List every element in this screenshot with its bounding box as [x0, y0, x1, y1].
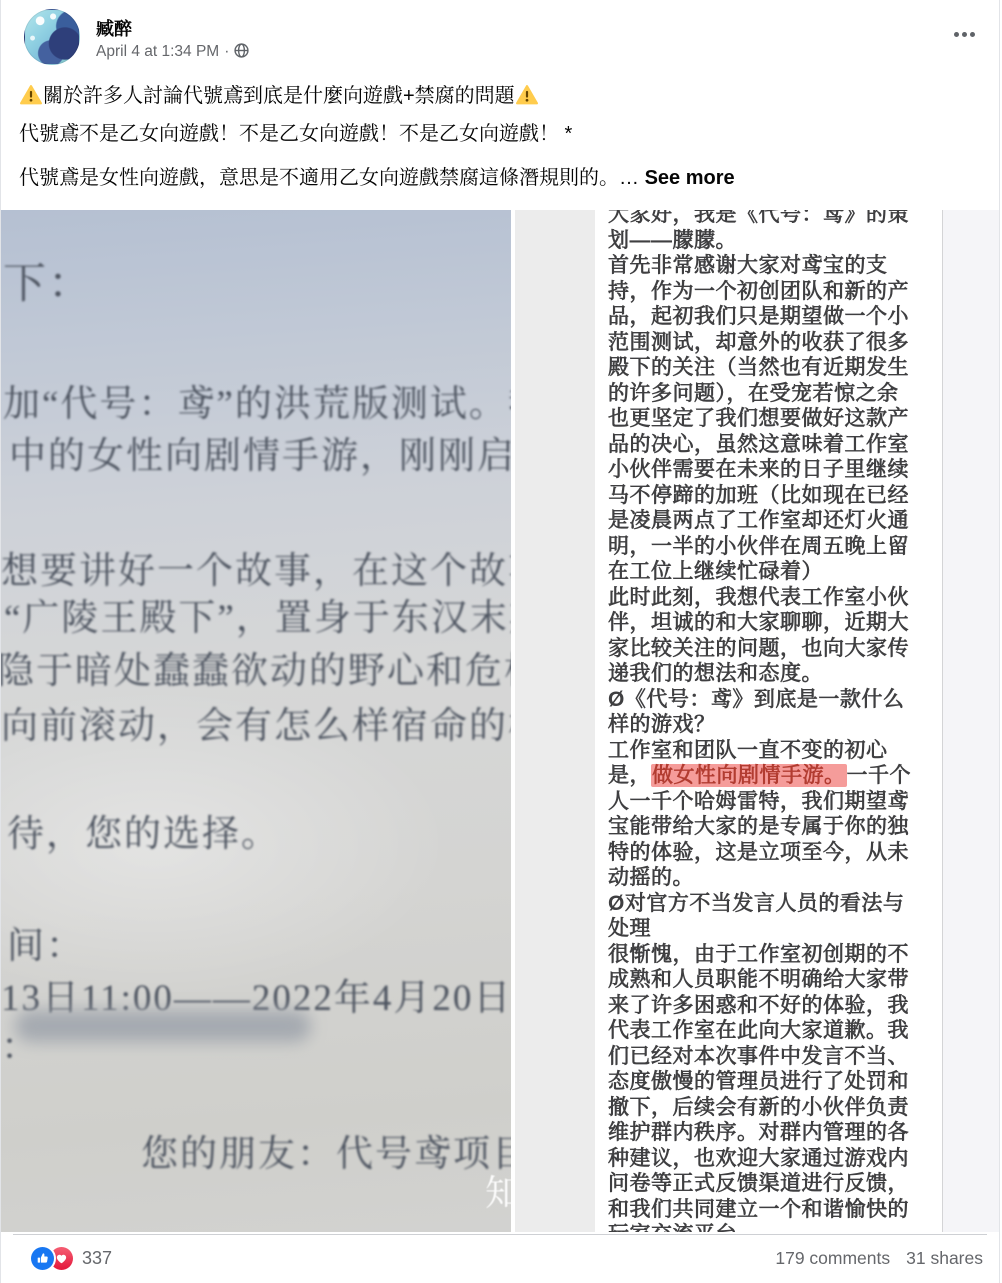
post-line2: 代號鳶不是乙女向遊戲！不是乙女向遊戲！不是乙女向遊戲！ * [19, 120, 981, 148]
meta-separator: · [224, 43, 229, 61]
photo-text-line: 家比较关注的问题，也向大家传 [608, 636, 940, 662]
photo-text-line: 们已经对本次事件中发言不当、 [608, 1044, 940, 1070]
warning-icon [19, 85, 43, 107]
photo-text-line: 态度傲慢的管理员进行了处罚和 [608, 1069, 940, 1095]
globe-privacy-icon [234, 43, 249, 63]
photo-text-line: Ø对官方不当发言人员的看法与 [608, 891, 940, 917]
post-meta: April 4 at 1:34 PM · [96, 41, 249, 63]
photo-text-line: 的许多问题），在受宠若惊之余 [608, 381, 940, 407]
footer-stats: 179 comments 31 shares [775, 1248, 983, 1269]
photo-text-line: 成熟和人员职能不明确给大家带 [608, 967, 940, 993]
photo-text-line: 伴，坦诚的和大家聊聊，近期大 [608, 610, 940, 636]
photo-text-line: 大家好，我是《代号：鸢》的策 [608, 210, 940, 228]
photo-text-line: 宝能带给大家的是专属于你的独 [608, 814, 940, 840]
shares-count[interactable]: 31 shares [906, 1248, 983, 1269]
photo-text-line: 首先非常感谢大家对鸢宝的支 [608, 253, 940, 279]
photo-text-line: 特的体验，这是立项至今，从未 [608, 840, 940, 866]
right-image-text-layer: 大家好，我是《代号：鸢》的策划——朦朦。首先非常感谢大家对鸢宝的支持，作为一个初… [608, 210, 940, 1232]
post-images: 下：加“代号：鸢”的洪荒版测试。我中的女性向剧情手游，刚刚启程想要讲好一个故事，… [1, 210, 999, 1232]
photo-text-line: 在工位上继续忙碌着） [608, 559, 940, 585]
photo-text-line: 品的决心，虽然这意味着工作室 [608, 432, 940, 458]
photo-text-line: “广陵王殿下”，置身于东汉末期 [4, 587, 511, 641]
photo-text-line: 向前滚动，会有怎么样宿命的相 [1, 695, 511, 749]
photo-text-line: 也更坚定了我们想要做好这款产 [608, 406, 940, 432]
photo-text-line: 品，起初我们只是期望做一个小 [608, 304, 940, 330]
photo-text-line: 持，作为一个初创团队和新的产 [608, 279, 940, 305]
right-image-margin [943, 210, 999, 1232]
photo-text-line: 待，您的选择。 [7, 803, 280, 857]
photo-text-line: 明，一半的小伙伴在周五晚上留 [608, 534, 940, 560]
photo-text-line: 加“代号：鸢”的洪荒版测试。我 [3, 373, 511, 427]
user-name[interactable]: 臧醉 [96, 15, 132, 41]
attached-image-left[interactable]: 下：加“代号：鸢”的洪荒版测试。我中的女性向剧情手游，刚刚启程想要讲好一个故事，… [1, 210, 511, 1232]
reaction-count[interactable]: 337 [82, 1248, 112, 1269]
comments-count[interactable]: 179 comments [775, 1248, 890, 1269]
photo-text-line: 玩家交流平台 [608, 1222, 940, 1232]
avatar[interactable] [24, 9, 80, 65]
photo-text-line: 撤下，后续会有新的小伙伴负责 [608, 1095, 940, 1121]
photo-text-line: 处理 [608, 916, 940, 942]
photo-text-line: 此时此刻，我想代表工作室小伙 [608, 585, 940, 611]
right-image-panel: 大家好，我是《代号：鸢》的策划——朦朦。首先非常感谢大家对鸢宝的支持，作为一个初… [595, 210, 942, 1232]
post-title-line: 關於許多人討論代號鳶到底是什麼向遊戲+禁腐的問題 [19, 74, 981, 110]
photo-text-line: 问卷等正式反馈渠道进行反馈， [608, 1171, 940, 1197]
photo-text-line: 递我们的想法和态度。 [608, 661, 940, 687]
facebook-post-card: 臧醉 April 4 at 1:34 PM · 關於許多人討論代號鳶到底是什麼向… [0, 0, 1000, 1283]
ellipsis: … [619, 167, 645, 189]
photo-text-line: 样的游戏？ [608, 712, 940, 738]
post-footer: 337 179 comments 31 shares [1, 1235, 999, 1281]
censored-blur-bar [15, 1010, 311, 1042]
photo-text-line: 隐于暗处蠢蠢欲动的野心和危机 [1, 640, 511, 694]
photo-text-line: 下： [3, 250, 93, 311]
photo-text-line: 人一千个哈姆雷特，我们期望鸢 [608, 789, 940, 815]
photo-text-line: 代表工作室在此向大家道歉。我 [608, 1018, 940, 1044]
post-options-button[interactable] [946, 24, 983, 45]
watermark-text: 知 [485, 1165, 511, 1216]
see-more-link[interactable]: See more [645, 167, 735, 189]
highlighted-phrase: 做女性向剧情手游。 [651, 764, 847, 787]
timestamp[interactable]: April 4 at 1:34 PM [96, 43, 219, 61]
photo-text-line: 工作室和团队一直不变的初心 [608, 738, 940, 764]
photo-text-line: 想要讲好一个故事，在这个故事 [1, 540, 511, 594]
photo-text-line: 是凌晨两点了工作室却还灯火通 [608, 508, 940, 534]
photo-text-line: 中的女性向剧情手游，刚刚启程 [9, 425, 511, 479]
photo-text-line: 动摇的。 [608, 865, 940, 891]
photo-text-line: 很惭愧，由于工作室初创期的不 [608, 942, 940, 968]
photo-text-line: 划——朦朦。 [608, 228, 940, 254]
photo-text-line: 和我们共同建立一个和谐愉快的 [608, 1197, 940, 1223]
photo-text-line: 维护群内秩序。对群内管理的各 [608, 1120, 940, 1146]
photo-text-line: 马不停蹄的加班（比如现在已经 [608, 483, 940, 509]
post-line3: 代號鳶是女性向遊戲，意思是不適用乙女向遊戲禁腐這條潛規則的。… See more [19, 164, 981, 192]
like-reaction-icon[interactable] [31, 1247, 54, 1270]
photo-text-line: 间： [7, 915, 85, 969]
photo-text-line: 小伙伴需要在未来的日子里继续 [608, 457, 940, 483]
photo-text-line: 范围测试，却意外的收获了很多 [608, 330, 940, 356]
post-header: 臧醉 April 4 at 1:34 PM · [1, 0, 999, 74]
photo-text-line: 是，做女性向剧情手游。一千个 [608, 763, 940, 789]
post-line3-text: 代號鳶是女性向遊戲，意思是不適用乙女向遊戲禁腐這條潛規則的。 [19, 167, 619, 189]
post-title-text: 關於許多人討論代號鳶到底是什麼向遊戲+禁腐的問題 [43, 85, 515, 107]
warning-icon [515, 85, 539, 107]
photo-text-line: 种建议，也欢迎大家通过游戏内 [608, 1146, 940, 1172]
photo-text-line: 来了许多困惑和不好的体验，我 [608, 993, 940, 1019]
attached-image-right[interactable]: 大家好，我是《代号：鸢》的策划——朦朦。首先非常感谢大家对鸢宝的支持，作为一个初… [515, 210, 999, 1232]
reactions-summary[interactable]: 337 [31, 1247, 112, 1270]
photo-text-line: Ø《代号：鸢》到底是一款什么 [608, 687, 940, 713]
post-text: 關於許多人討論代號鳶到底是什麼向遊戲+禁腐的問題 代號鳶不是乙女向遊戲！不是乙女… [1, 74, 999, 210]
photo-text-line: 您的朋友：代号鸢项目 [141, 1123, 511, 1177]
photo-text-line: 殿下的关注（当然也有近期发生 [608, 355, 940, 381]
